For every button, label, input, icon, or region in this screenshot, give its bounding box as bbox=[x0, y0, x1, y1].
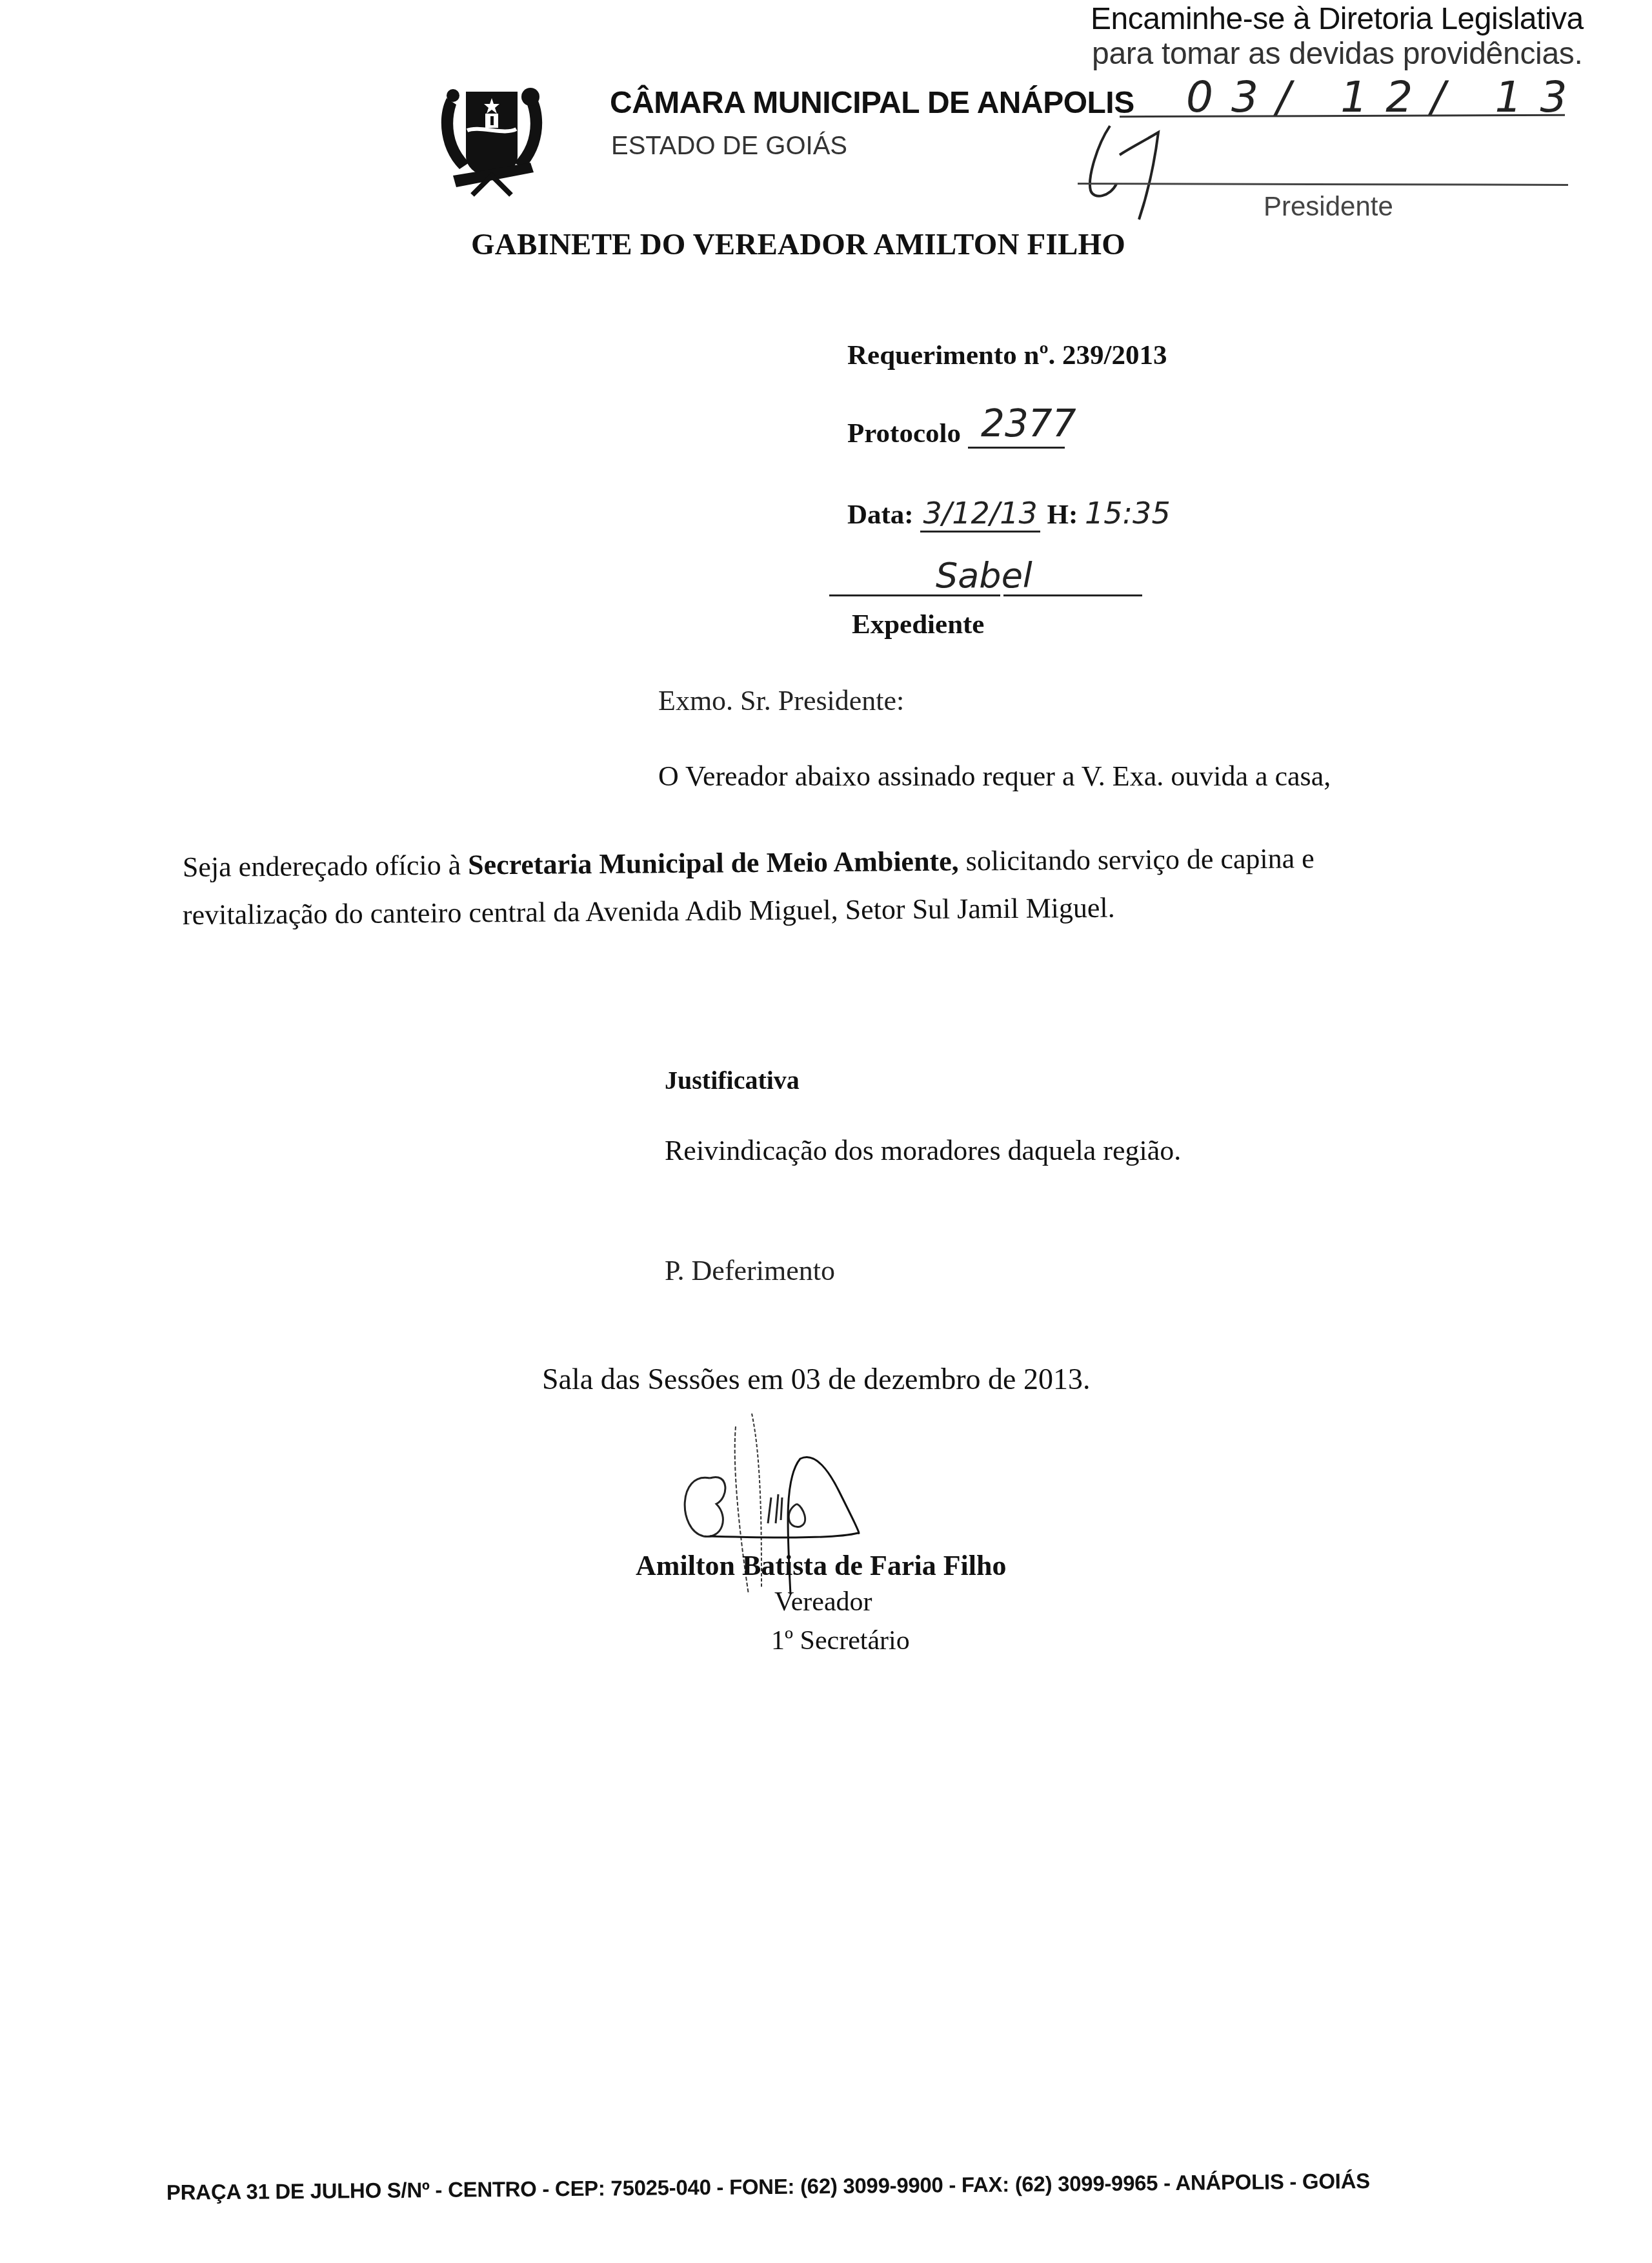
dispatch-signature: Sabel bbox=[936, 555, 1032, 596]
hour-value: 15:35 bbox=[1085, 496, 1171, 531]
signer-name: Amilton Batista de Faria Filho bbox=[636, 1549, 1006, 1582]
request-line1-suffix: solicitando serviço de capina e bbox=[959, 842, 1315, 877]
president-label: Presidente bbox=[1264, 191, 1393, 222]
dispatch-stamp-line2: para tomar as devidas providências. bbox=[1092, 36, 1583, 72]
state-name: ESTADO DE GOIÁS bbox=[611, 132, 847, 161]
dispatch-line-right bbox=[1003, 594, 1142, 596]
request-number: Requerimento nº. 239/2013 bbox=[847, 340, 1167, 371]
date-value: 3/12/13 bbox=[920, 496, 1040, 533]
intro-text: O Vereador abaixo assinado requer a V. E… bbox=[658, 760, 1331, 793]
cabinet-title: GABINETE DO VEREADOR AMILTON FILHO bbox=[471, 227, 1125, 262]
dispatch-stamp-line1: Encaminhe-se à Diretoria Legislativa bbox=[1091, 1, 1584, 37]
request-recipient: Secretaria Municipal de Meio Ambiente, bbox=[468, 846, 959, 881]
coat-of-arms-icon bbox=[434, 72, 550, 201]
protocol-value: 2377 bbox=[981, 401, 1076, 445]
dispatch-label: Expediente bbox=[852, 609, 984, 640]
request-prefix: Seja endereçado ofício à bbox=[183, 849, 468, 883]
signer-role: Vereador bbox=[774, 1587, 872, 1618]
closing-text: P. Deferimento bbox=[665, 1254, 835, 1287]
request-paragraph-line1: Seja endereçado ofício à Secretaria Muni… bbox=[183, 842, 1315, 884]
dispatch-line bbox=[829, 594, 1000, 596]
protocol-label: Protocolo bbox=[847, 418, 961, 449]
date-field: Data: 3/12/13 H: 15:35 bbox=[847, 496, 1171, 531]
signer-position: 1º Secretário bbox=[771, 1625, 910, 1656]
justification-label: Justificativa bbox=[665, 1065, 800, 1095]
protocol-line bbox=[968, 447, 1065, 449]
request-paragraph-line2: revitalização do canteiro central da Ave… bbox=[183, 891, 1115, 931]
hour-label: H: bbox=[1047, 500, 1078, 530]
justification-text: Reivindicação dos moradores daquela regi… bbox=[665, 1134, 1181, 1167]
president-signature bbox=[1084, 119, 1187, 223]
chamber-name: CÂMARA MUNICIPAL DE ANÁPOLIS bbox=[610, 85, 1134, 121]
salutation: Exmo. Sr. Presidente: bbox=[658, 684, 904, 717]
footer-address: PRAÇA 31 DE JULHO S/Nº - CENTRO - CEP: 7… bbox=[166, 2169, 1370, 2205]
date-label: Data: bbox=[847, 500, 914, 530]
place-date: Sala das Sessões em 03 de dezembro de 20… bbox=[542, 1362, 1091, 1396]
